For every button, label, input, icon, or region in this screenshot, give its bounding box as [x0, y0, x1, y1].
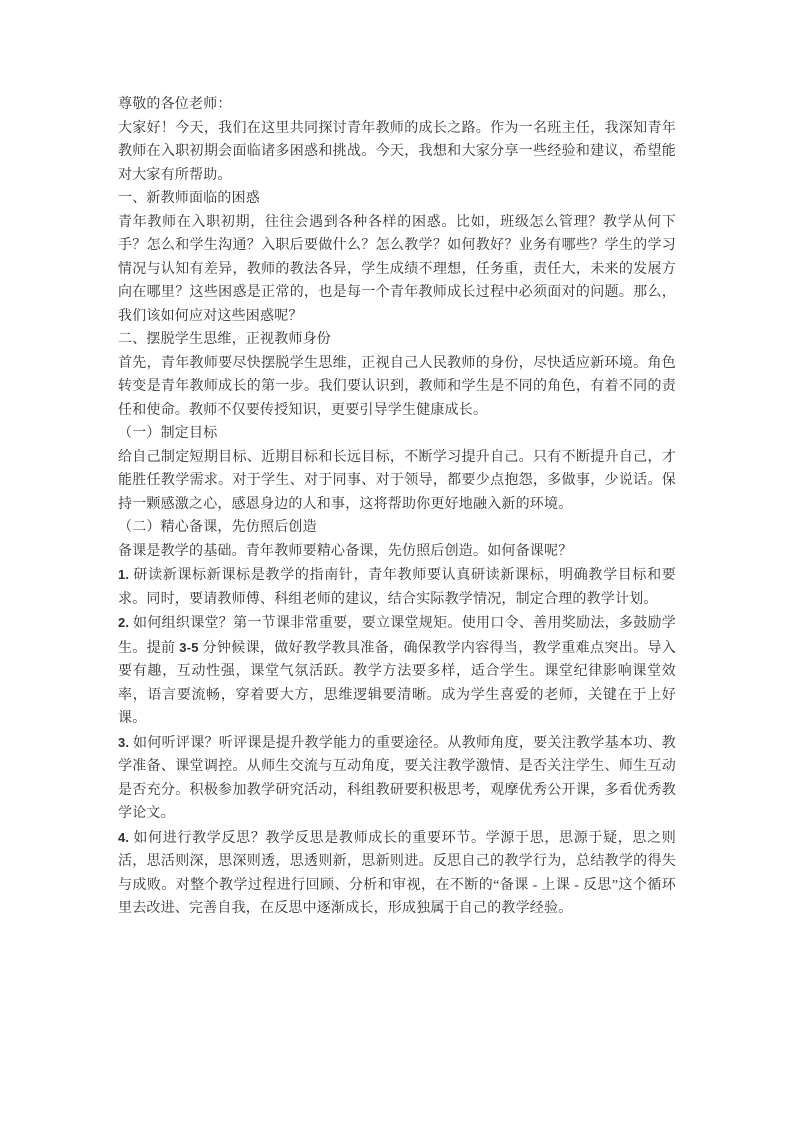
greeting-paragraph: 大家好！今天，我们在这里共同探讨青年教师的成长之路。作为一名班主任，我深知青年教… — [118, 117, 676, 188]
numbered-item-3: 3. 如何听评课？听评课是提升教学能力的重要途径。从教师角度，要关注教学基本功、… — [118, 731, 676, 826]
numbered-item-1: 1. 研读新课标新课标是教学的指南针，青年教师要认真研读新课标，明确教学目标和要… — [118, 563, 676, 611]
subsection-1-heading: （一）制定目标 — [118, 422, 676, 446]
numbered-item-4: 4. 如何进行教学反思？教学反思是教师成长的重要环节。学源于思，思源于疑，思之则… — [118, 826, 676, 921]
subsection-2-intro: 备课是教学的基础。青年教师要精心备课，先仿照后创造。如何备课呢？ — [118, 540, 676, 564]
section-1-paragraph: 青年教师在入职初期，往往会遇到各种各样的困惑。比如，班级怎么管理？教学从何下手？… — [118, 211, 676, 329]
latin-numeral: 4. — [118, 830, 129, 845]
document-page: 尊敬的各位老师： 大家好！今天，我们在这里共同探讨青年教师的成长之路。作为一名班… — [0, 0, 793, 1122]
salutation: 尊敬的各位老师： — [118, 93, 676, 117]
section-2-paragraph: 首先，青年教师要尽快摆脱学生思维，正视自己人民教师的身份，尽快适应新环境。角色转… — [118, 352, 676, 423]
subsection-1-paragraph: 给自己制定短期目标、近期目标和长远目标，不断学习提升自己。只有不断提升自己，才能… — [118, 446, 676, 517]
numbered-item-2: 2. 如何组织课堂？第一节课非常重要，要立课堂规矩。使用口令、善用奖励法，多鼓励… — [118, 611, 676, 731]
latin-numeral: 3. — [118, 735, 129, 750]
subsection-2-heading: （二）精心备课，先仿照后创造 — [118, 516, 676, 540]
section-1-heading: 一、新教师面临的困惑 — [118, 187, 676, 211]
latin-numeral: 2. — [118, 615, 129, 630]
latin-numeral: 3-5 — [179, 640, 198, 655]
section-2-heading: 二、摆脱学生思维，正视教师身份 — [118, 328, 676, 352]
latin-numeral: 1. — [118, 567, 129, 582]
